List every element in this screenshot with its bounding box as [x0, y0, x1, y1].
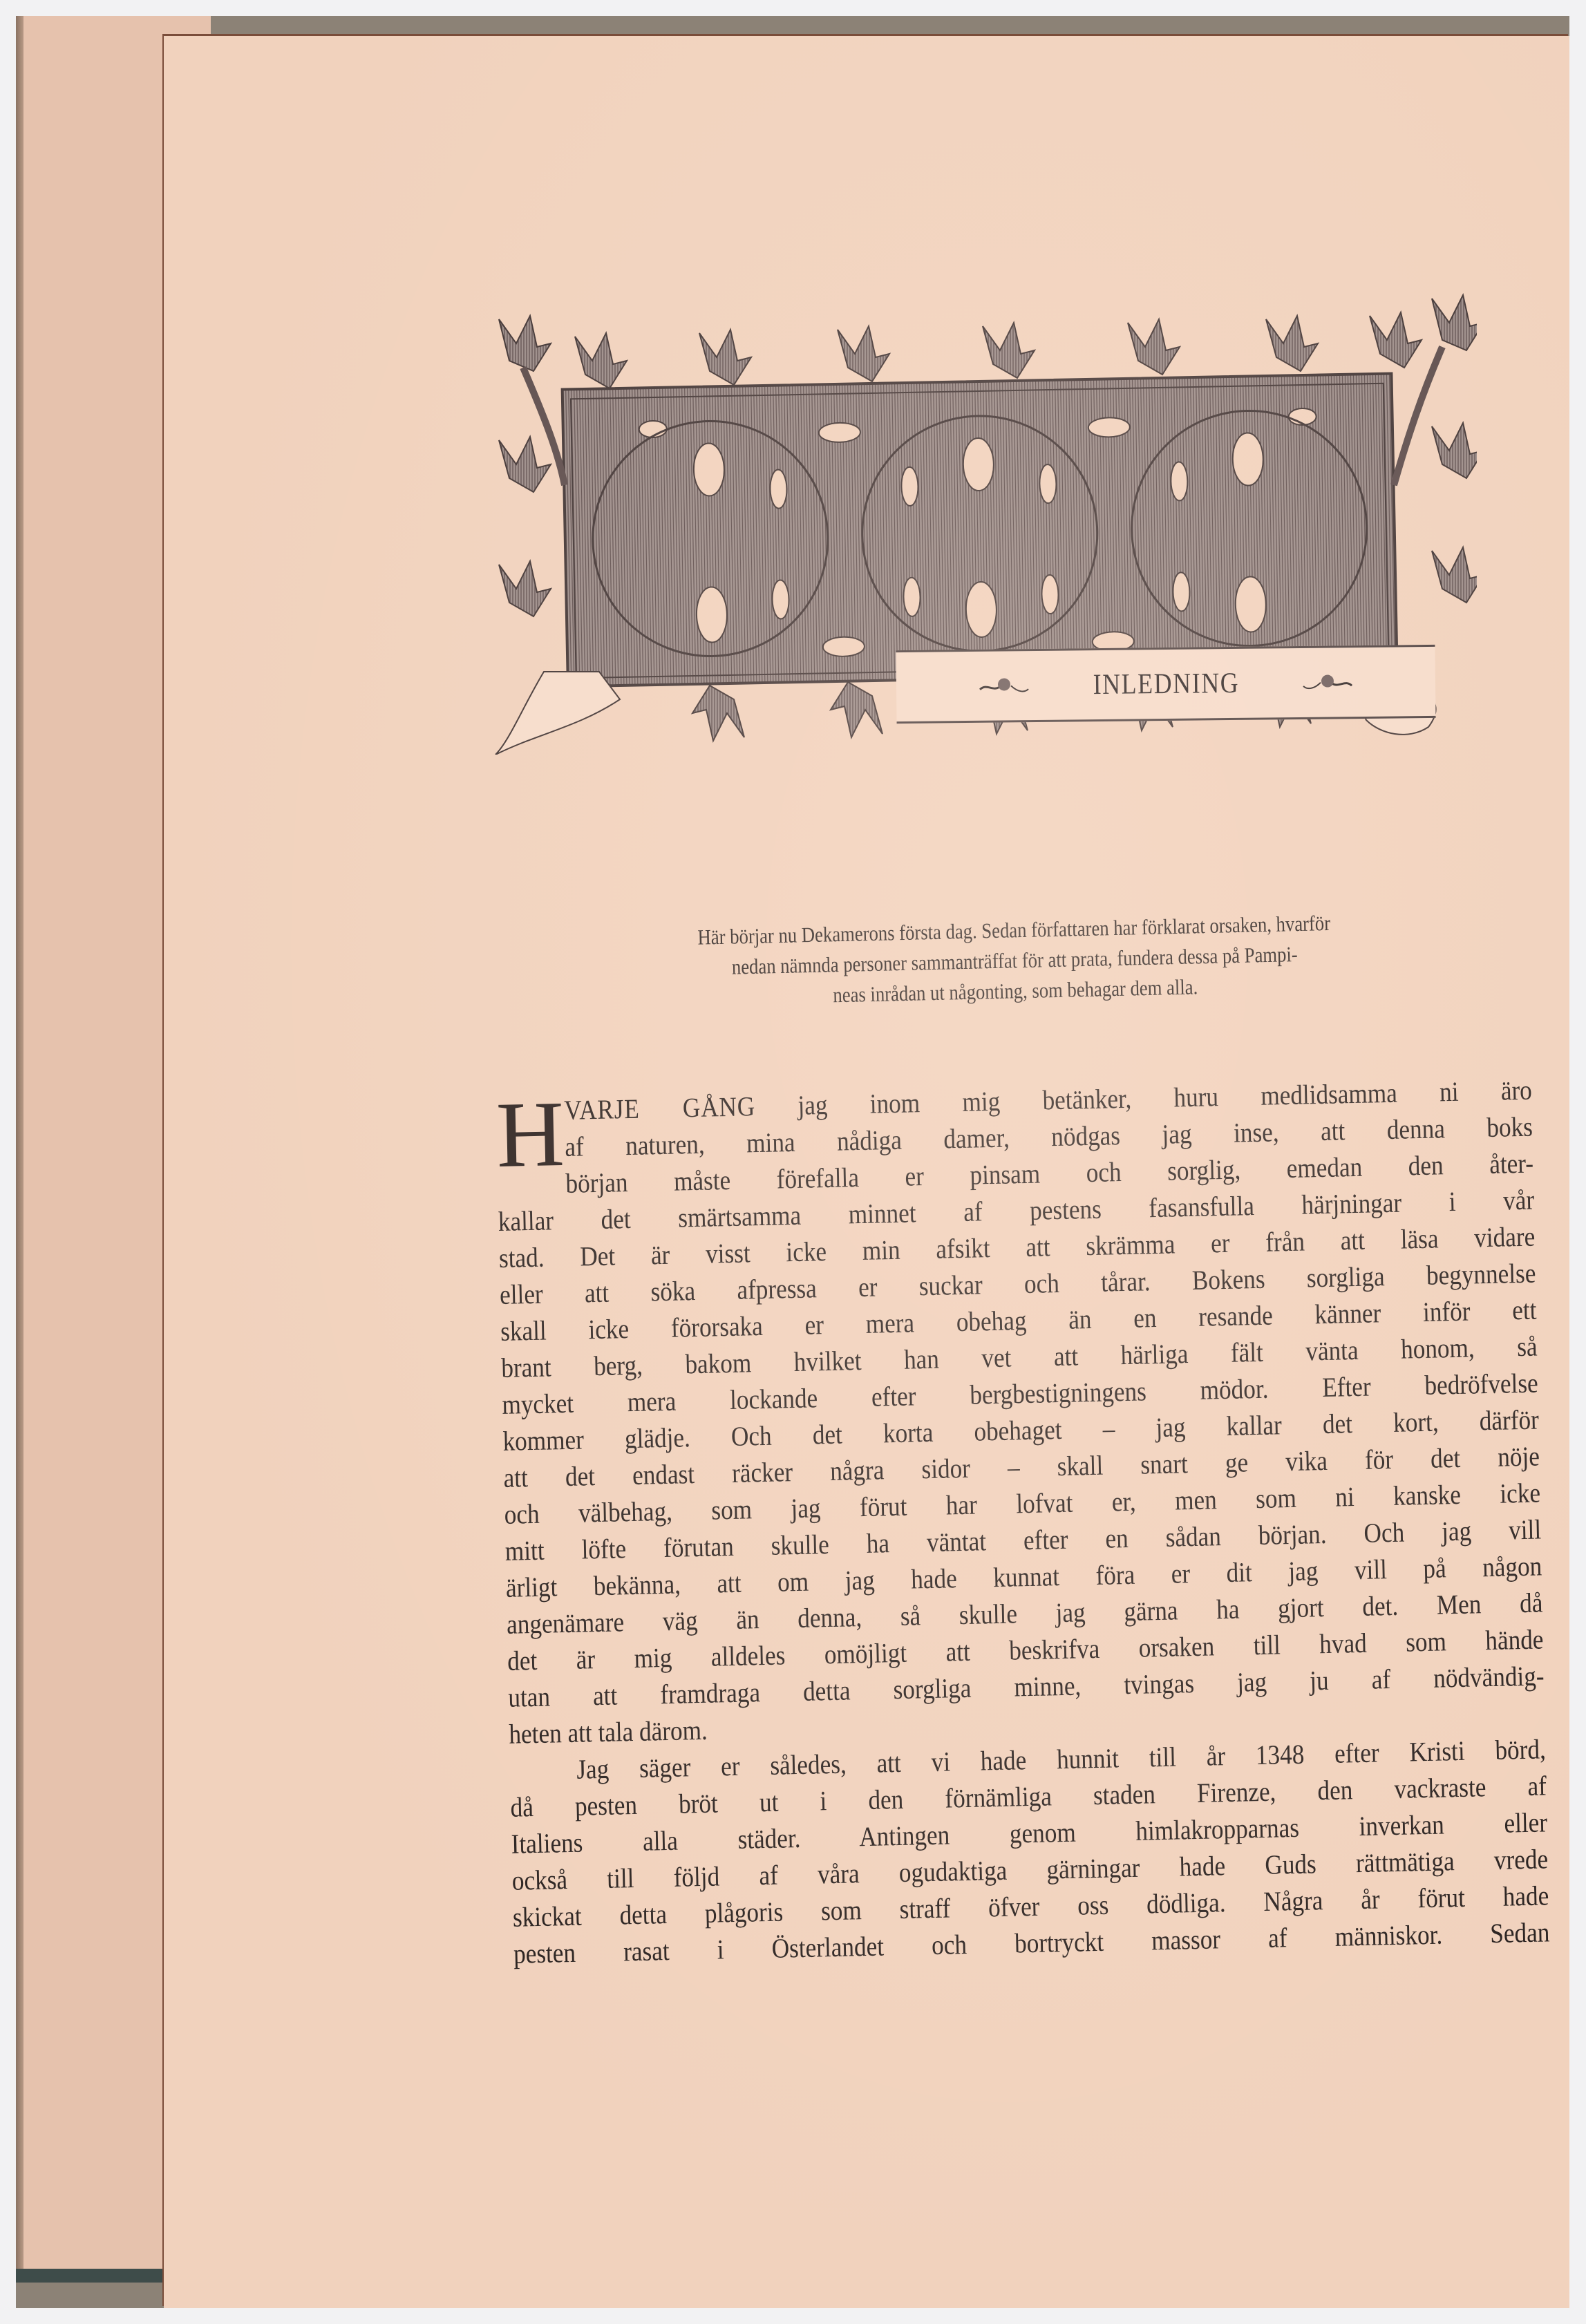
book-spine-edge: [16, 16, 23, 2269]
flower-flourish-left-icon: [976, 672, 1031, 700]
book-page: INLEDNING Här börjar nu Dekamerons först…: [164, 36, 1569, 2308]
small-caps-opening: VARJE GÅNG: [564, 1090, 756, 1126]
flower-flourish-right-icon: [1300, 668, 1355, 697]
ornamental-headpiece: INLEDNING: [482, 257, 1477, 755]
paragraph-2: Jag säger er således, att vi hade hunnit…: [509, 1730, 1550, 1972]
chapter-title-banner: INLEDNING: [896, 645, 1435, 724]
body-text: H VARJE GÅNG jag inom mig betänker, huru…: [495, 1072, 1550, 1972]
chapter-summary: Här börjar nu Dekamerons första dag. Sed…: [475, 903, 1555, 1019]
scanned-book-spread: INLEDNING Här börjar nu Dekamerons först…: [16, 16, 1569, 2308]
paragraph-1: H VARJE GÅNG jag inom mig betänker, huru…: [495, 1072, 1546, 1753]
chapter-title: INLEDNING: [1093, 667, 1239, 701]
